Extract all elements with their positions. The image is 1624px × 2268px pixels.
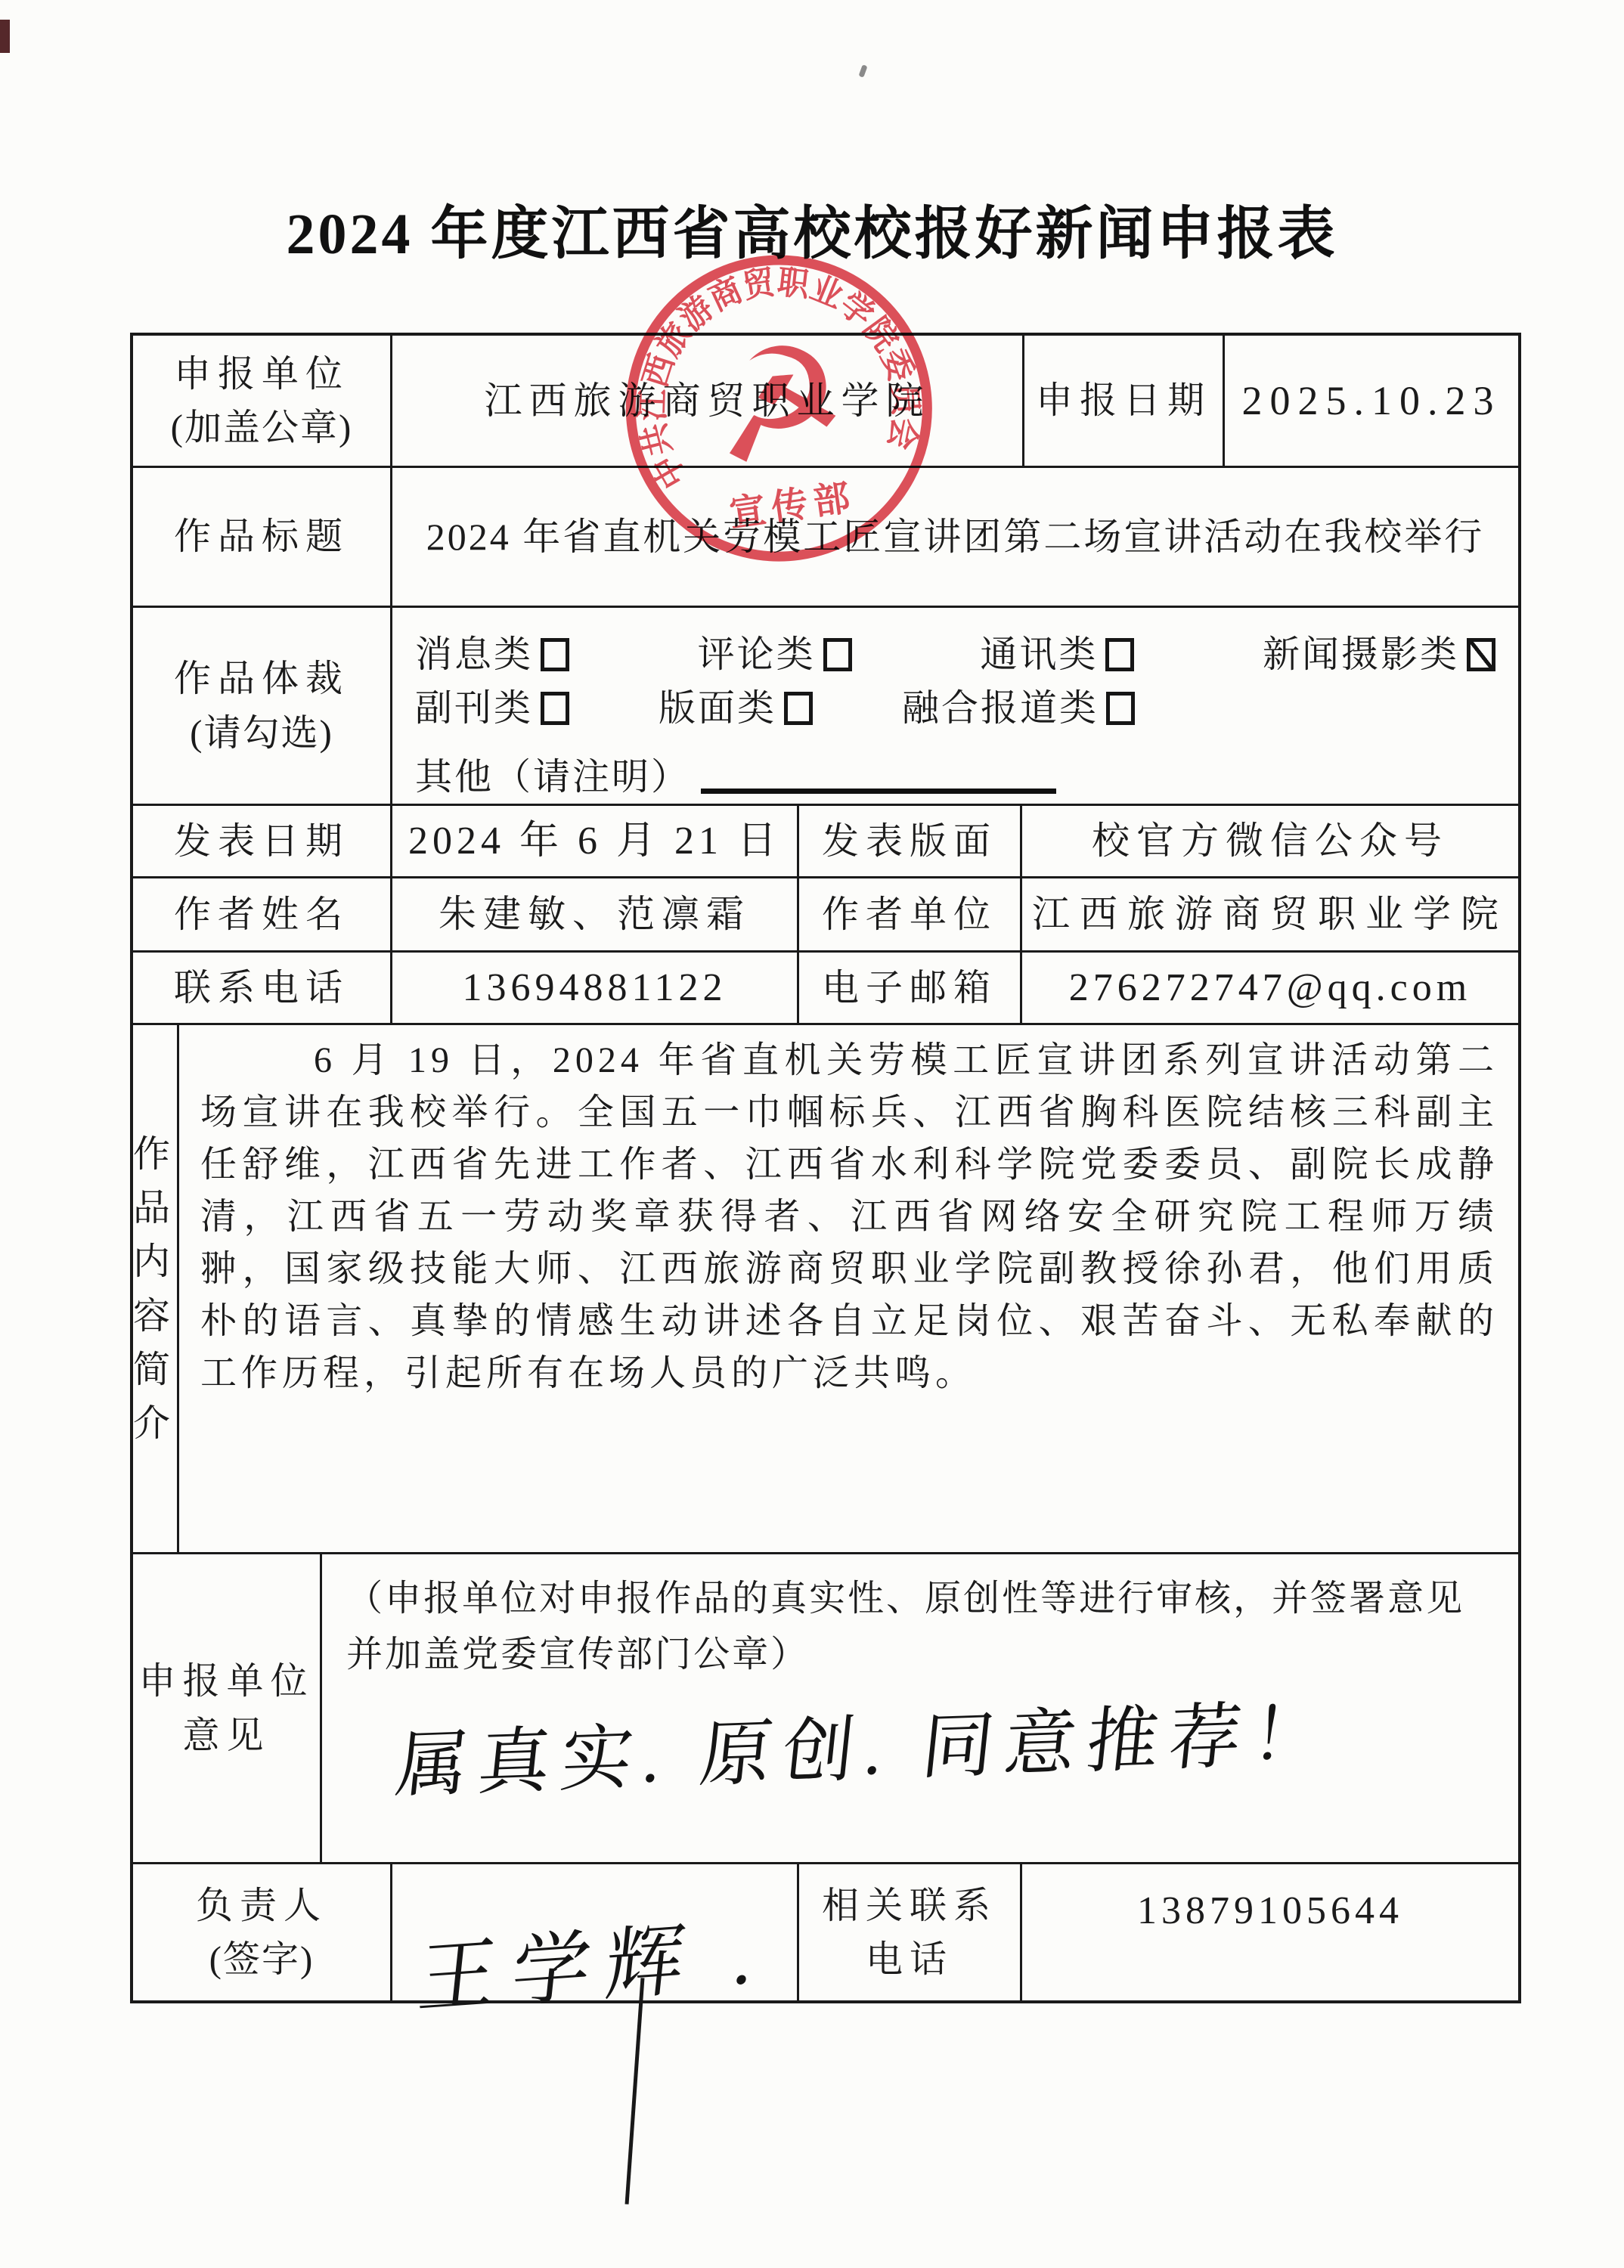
scan-speck [0, 20, 10, 53]
checkbox-integrated-report[interactable] [1106, 692, 1135, 725]
publish-date-value: 2024 年 6 月 21 日 [392, 806, 799, 876]
related-contact-label: 相关联系 电话 [799, 1864, 1022, 2000]
row-summary: 作品内容 简介 6 月 19 日，2024 年省直机关劳模工匠宣讲团系列宣讲活动… [133, 1025, 1518, 1554]
author-unit-label: 作者单位 [799, 878, 1022, 950]
signature-cell: 王学辉 . [392, 1864, 799, 2000]
declaring-unit-value: 江西旅游商贸职业学院 [392, 336, 1024, 466]
checkbox-supplement[interactable] [541, 692, 569, 725]
genre-option-commentary: 评论类 [698, 627, 852, 681]
genre-options: 消息类 评论类 通讯类 新闻摄影类 副刊类 版面类 融合报道类 其他（请注明） [392, 608, 1518, 804]
declare-date-value: 2025.10.23 [1225, 336, 1518, 466]
checkbox-communication[interactable] [1105, 638, 1134, 671]
row-contact: 联系电话 13694881122 电子邮箱 276272747@qq.com [133, 953, 1518, 1025]
declare-date-label: 申报日期 [1024, 336, 1225, 466]
genre-line-1: 消息类 评论类 通讯类 新闻摄影类 [415, 627, 1497, 681]
row-declaring-unit: 申报单位 (加盖公章) 江西旅游商贸职业学院 申报日期 2025.10.23 [133, 336, 1518, 468]
summary-text: 6 月 19 日，2024 年省直机关劳模工匠宣讲团系列宣讲活动第二场宣讲在我校… [200, 1034, 1498, 1399]
publish-page-value: 校官方微信公众号 [1022, 806, 1518, 876]
summary-label: 作品内容 简介 [133, 1025, 179, 1552]
related-contact-value: 13879105644 [1022, 1864, 1518, 2000]
checkbox-news-photography[interactable] [1467, 638, 1495, 671]
other-blank-underline[interactable] [701, 781, 1056, 794]
scanned-form-page: 2024 年度江西省高校校报好新闻申报表 申报单位 (加盖公章) 江西旅游商贸职… [0, 0, 1624, 2268]
genre-option-supplement: 副刊类 [415, 681, 569, 735]
genre-other-line: 其他（请注明） [415, 750, 1497, 804]
responsible-signature: 王学辉 . [413, 1898, 775, 2038]
contact-phone-label: 联系电话 [133, 953, 392, 1023]
scan-speck [858, 64, 867, 77]
row-publish: 发表日期 2024 年 6 月 21 日 发表版面 校官方微信公众号 [133, 806, 1518, 878]
opinion-cell: （申报单位对申报作品的真实性、原创性等进行审核，并签署意见并加盖党委宣传部门公章… [322, 1554, 1518, 1862]
row-genre: 作品体裁 (请勾选) 消息类 评论类 通讯类 新闻摄影类 副刊类 版面类 融合报… [133, 608, 1518, 806]
email-label: 电子邮箱 [799, 953, 1022, 1023]
author-name-value: 朱建敏、范凛霜 [392, 878, 799, 950]
genre-other-label: 其他（请注明） [415, 750, 690, 804]
author-unit-value: 江西旅游商贸职业学院 [1022, 878, 1518, 950]
checkbox-commentary[interactable] [823, 638, 852, 671]
publish-date-label: 发表日期 [133, 806, 392, 876]
genre-option-layout: 版面类 [659, 681, 813, 735]
genre-option-news-photography: 新闻摄影类 [1263, 627, 1495, 681]
opinion-instruction: （申报单位对申报作品的真实性、原创性等进行审核，并签署意见并加盖党委宣传部门公章… [346, 1571, 1495, 1683]
checkbox-news[interactable] [541, 638, 569, 671]
genre-line-2: 副刊类 版面类 融合报道类 [415, 681, 1497, 735]
work-title-label: 作品标题 [133, 468, 392, 606]
genre-option-news: 消息类 [415, 627, 569, 681]
genre-option-integrated-report: 融合报道类 [902, 681, 1135, 735]
email-value: 276272747@qq.com [1022, 953, 1518, 1023]
opinion-label: 申报单位 意见 [133, 1554, 322, 1862]
contact-phone-value: 13694881122 [392, 953, 799, 1023]
responsible-label: 负责人 (签字) [133, 1864, 392, 2000]
checkbox-layout[interactable] [784, 692, 813, 725]
summary-cell: 6 月 19 日，2024 年省直机关劳模工匠宣讲团系列宣讲活动第二场宣讲在我校… [179, 1025, 1518, 1552]
genre-option-communication: 通讯类 [980, 627, 1134, 681]
row-author: 作者姓名 朱建敏、范凛霜 作者单位 江西旅游商贸职业学院 [133, 878, 1518, 953]
page-title: 2024 年度江西省高校校报好新闻申报表 [0, 187, 1624, 270]
row-signature: 负责人 (签字) 王学辉 . 相关联系 电话 13879105644 [133, 1864, 1518, 2000]
declaring-unit-label: 申报单位 (加盖公章) [133, 336, 392, 466]
author-name-label: 作者姓名 [133, 878, 392, 950]
row-work-title: 作品标题 2024 年省直机关劳模工匠宣讲团第二场宣讲活动在我校举行 [133, 468, 1518, 608]
opinion-handwriting: 属真实. 原创. 同意推荐！ [391, 1676, 1501, 1819]
work-title-value: 2024 年省直机关劳模工匠宣讲团第二场宣讲活动在我校举行 [392, 468, 1518, 606]
application-form-table: 申报单位 (加盖公章) 江西旅游商贸职业学院 申报日期 2025.10.23 作… [130, 333, 1521, 2003]
row-opinion: 申报单位 意见 （申报单位对申报作品的真实性、原创性等进行审核，并签署意见并加盖… [133, 1554, 1518, 1864]
publish-page-label: 发表版面 [799, 806, 1022, 876]
genre-label: 作品体裁 (请勾选) [133, 608, 392, 804]
